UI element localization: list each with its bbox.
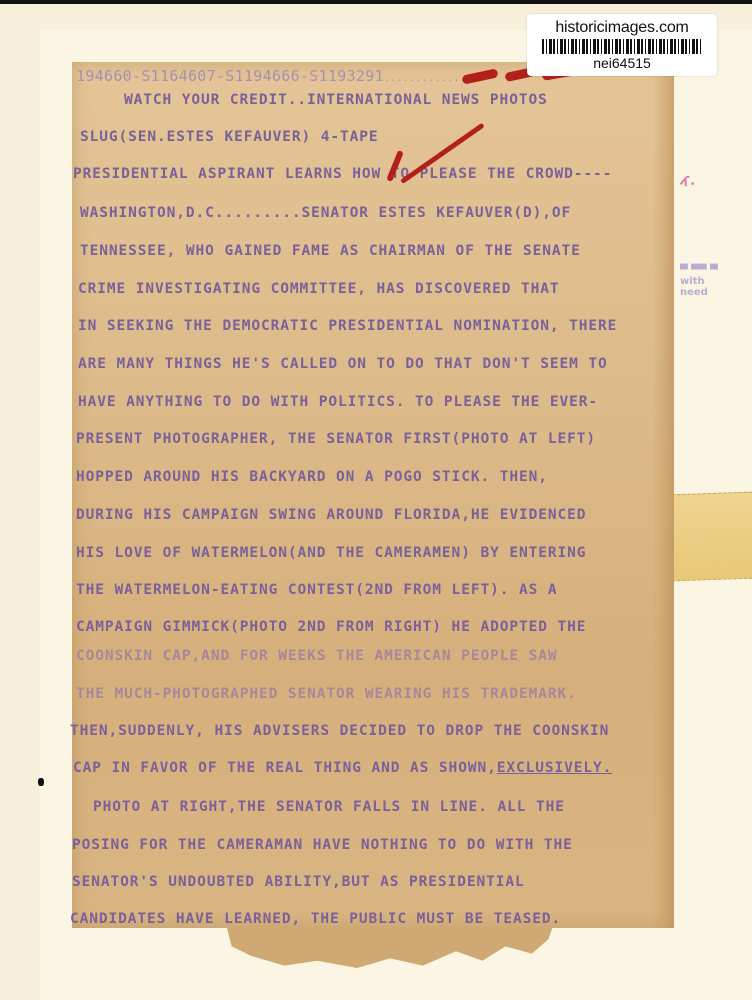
caption-line: HAVE ANYTHING TO DO WITH POLITICS. TO PL… [78, 394, 598, 410]
caption-line: CAP IN FAVOR OF THE REAL THING AND AS SH… [73, 760, 612, 776]
caption-line: IN SEEKING THE DEMOCRATIC PRESIDENTIAL N… [78, 318, 617, 334]
label-site: historicimages.com [527, 19, 717, 37]
caption-line: CANDIDATES HAVE LEARNED, THE PUBLIC MUST… [70, 911, 561, 927]
faded-stamp: ▀ ▀▀ ▀withneed [680, 265, 718, 298]
caption-line: WASHINGTON,D.C.........SENATOR ESTES KEF… [80, 205, 571, 221]
caption-line: PRESENT PHOTOGRAPHER, THE SENATOR FIRST(… [76, 431, 596, 447]
caption-line: SENATOR'S UNDOUBTED ABILITY,BUT AS PRESI… [72, 874, 525, 890]
adhesive-tape [672, 492, 752, 582]
caption-line: HOPPED AROUND HIS BACKYARD ON A POGO STI… [76, 469, 548, 485]
archive-label: historicimages.com nei64515 [527, 14, 717, 76]
credit-line: WATCH YOUR CREDIT..INTERNATIONAL NEWS PH… [124, 92, 548, 108]
caption-line: PHOTO AT RIGHT,THE SENATOR FALLS IN LINE… [93, 799, 565, 815]
caption-line: CRIME INVESTIGATING COMMITTEE, HAS DISCO… [78, 281, 560, 297]
caption-line: HIS LOVE OF WATERMELON(AND THE CAMERAMEN… [76, 545, 586, 561]
exclusively-underlined: EXCLUSIVELY. [497, 760, 613, 776]
caption-line: ARE MANY THINGS HE'S CALLED ON TO DO THA… [78, 356, 608, 372]
caption-line: DURING HIS CAMPAIGN SWING AROUND FLORIDA… [76, 507, 586, 523]
scan-top-border [0, 0, 752, 4]
caption-line: THEN,SUDDENLY, HIS ADVISERS DECIDED TO D… [70, 723, 609, 739]
slug-line: SLUG(SEN.ESTES KEFAUVER) 4-TAPE [80, 129, 379, 145]
caption-line: COONSKIN CAP,AND FOR WEEKS THE AMERICAN … [76, 648, 558, 664]
serial-numbers: 194660-S1164607-S1194666-S1193291.......… [76, 67, 472, 85]
caption-line: TENNESSEE, WHO GAINED FAME AS CHAIRMAN O… [80, 243, 581, 259]
label-id: nei64515 [527, 55, 717, 71]
caption-line: THE MUCH-PHOTOGRAPHED SENATOR WEARING HI… [76, 686, 577, 702]
headline: PRESIDENTIAL ASPIRANT LEARNS HOW TO PLEA… [73, 166, 612, 182]
caption-line: THE WATERMELON-EATING CONTEST(2ND FROM L… [76, 582, 558, 598]
caption-line: POSING FOR THE CAMERAMAN HAVE NOTHING TO… [72, 837, 573, 853]
barcode-icon [542, 39, 702, 54]
caption-line: CAMPAIGN GIMMICK(PHOTO 2ND FROM RIGHT) H… [76, 619, 586, 635]
dust-speck [38, 778, 44, 786]
